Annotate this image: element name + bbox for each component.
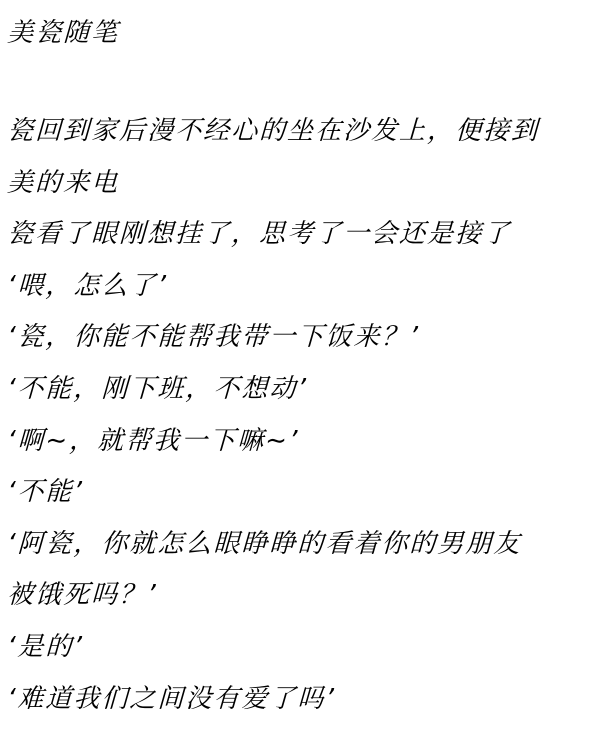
text-line: ‘阿瓷，你就怎么眼睁睁的看着你的男朋友 (6, 519, 597, 571)
text-line: ‘瓷，你能不能帮我带一下饭来？’ (6, 312, 597, 364)
document-content: 美瓷随笔 瓷回到家后漫不经心的坐在沙发上，便接到美的来电瓷看了眼刚想挂了，思考了… (0, 0, 603, 725)
page-title: 美瓷随笔 (7, 14, 597, 52)
text-line: 美的来电 (6, 158, 597, 210)
text-line: 被饿死吗？’ (6, 570, 597, 622)
text-line: ‘难道我们之间没有爱了吗’ (6, 674, 597, 726)
story-text: 瓷回到家后漫不经心的坐在沙发上，便接到美的来电瓷看了眼刚想挂了，思考了一会还是接… (8, 106, 597, 725)
text-line: 瓷回到家后漫不经心的坐在沙发上，便接到 (6, 106, 597, 158)
document-page: 美瓷随笔 瓷回到家后漫不经心的坐在沙发上，便接到美的来电瓷看了眼刚想挂了，思考了… (0, 0, 603, 731)
text-line: ‘是的’ (6, 622, 597, 674)
text-line: ‘不能’ (6, 467, 597, 519)
text-line: ‘啊~，就帮我一下嘛~’ (6, 416, 597, 468)
text-line: ‘喂，怎么了’ (6, 261, 597, 313)
text-line: ‘不能，刚下班，不想动’ (6, 364, 597, 416)
text-line: 瓷看了眼刚想挂了，思考了一会还是接了 (6, 209, 597, 261)
